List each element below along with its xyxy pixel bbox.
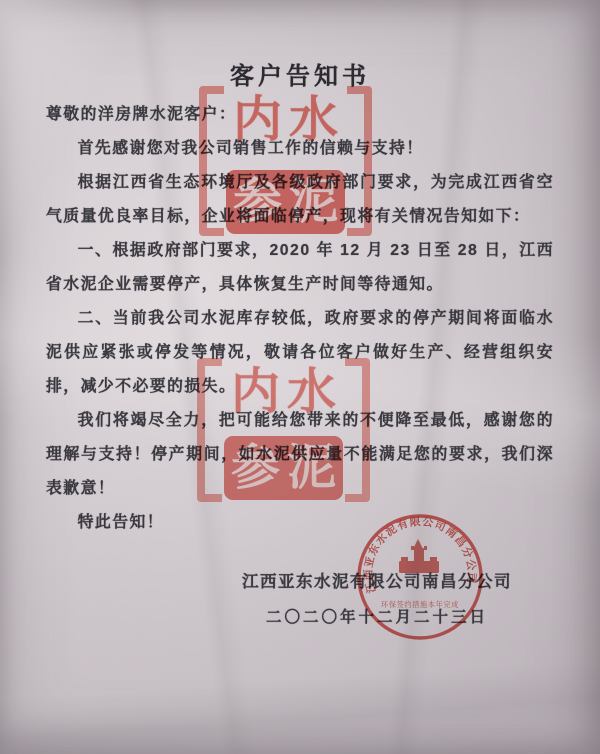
paragraph: 一、根据政府部门要求，2020 年 12 月 23 日至 28 日，江西省水泥企…	[46, 234, 554, 302]
company-signature: 江西亚东水泥有限公司南昌分公司	[242, 568, 512, 592]
salutation: 尊敬的洋房牌水泥客户：	[46, 98, 554, 132]
closing-line: 特此告知！	[46, 506, 554, 540]
paragraph: 二、当前我公司水泥库存较低，政府要求的停产期间将面临水泥供应紧张或停发等情况，敬…	[46, 302, 554, 404]
paragraph: 根据江西省生态环境厅及各级政府部门要求，为完成江西省空气质量优良率目标，企业将面…	[46, 166, 554, 234]
paragraph: 首先感谢您对我公司销售工作的信赖与支持！	[46, 132, 554, 166]
page-title: 客户告知书	[0, 0, 600, 90]
signature-block: 江西亚东水泥有限公司南昌分公司 二〇二〇年十二月二十三日	[242, 568, 512, 627]
paragraph: 我们将竭尽全力，把可能给您带来的不便降至最低，感谢您的理解与支持！停产期间，如水…	[46, 404, 554, 506]
letter-photo-page: 客户告知书 尊敬的洋房牌水泥客户： 首先感谢您对我公司销售工作的信赖与支持！ 根…	[0, 0, 600, 754]
letter-body: 尊敬的洋房牌水泥客户： 首先感谢您对我公司销售工作的信赖与支持！ 根据江西省生态…	[46, 98, 554, 540]
letter-date: 二〇二〇年十二月二十三日	[242, 605, 512, 627]
